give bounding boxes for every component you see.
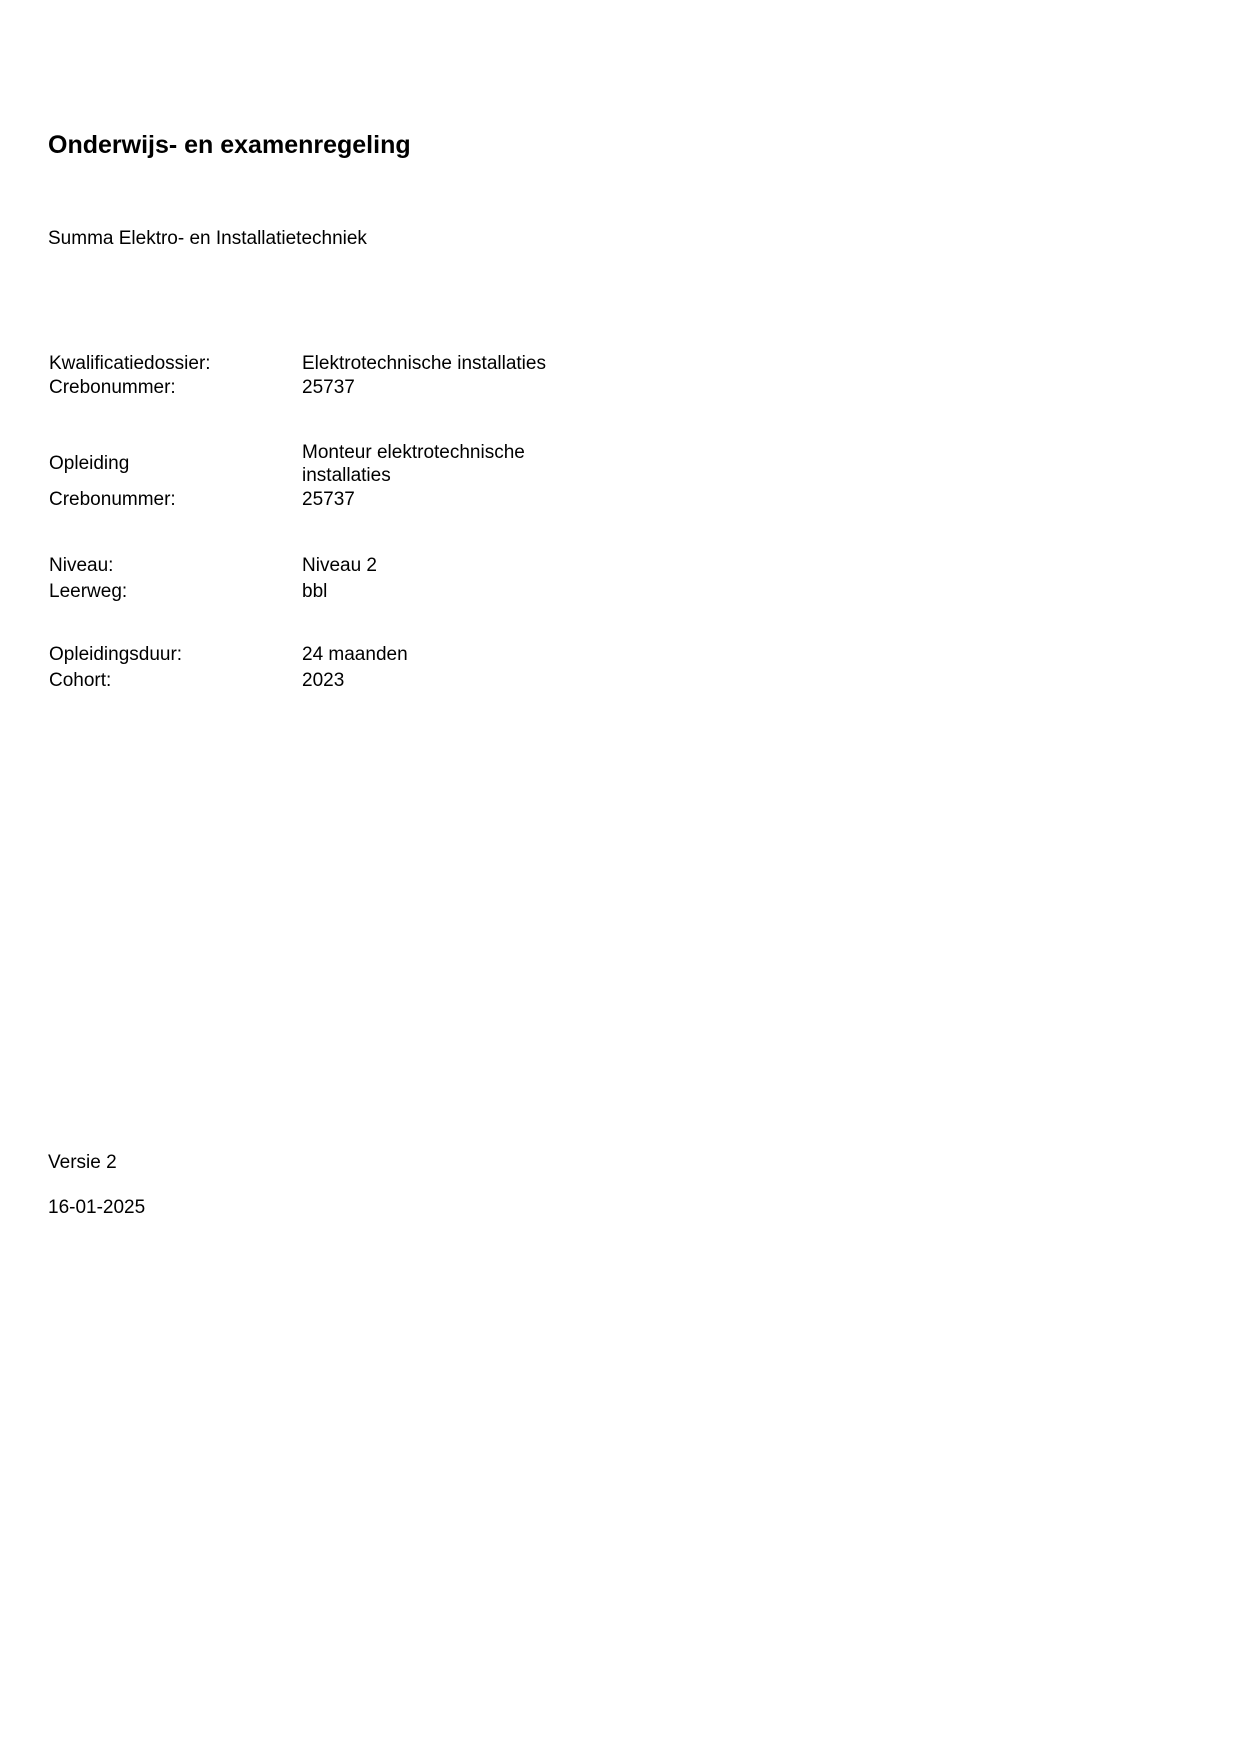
field-value: 2023	[302, 669, 582, 692]
field-label: Opleidingsduur:	[49, 643, 182, 666]
document-subtitle: Summa Elektro- en Installatietechniek	[48, 227, 367, 251]
field-value: 25737	[302, 376, 582, 399]
field-label: Crebonummer:	[49, 488, 176, 511]
field-label: Cohort:	[49, 669, 111, 692]
field-value: Monteur elektrotechnische installaties	[302, 441, 582, 487]
field-label: Leerweg:	[49, 580, 127, 603]
field-value: Niveau 2	[302, 554, 582, 577]
version-label: Versie 2	[48, 1151, 117, 1175]
field-value: Elektrotechnische installaties	[302, 352, 582, 375]
document-date: 16-01-2025	[48, 1196, 145, 1220]
document-title: Onderwijs- en examenregeling	[48, 130, 411, 160]
field-label: Crebonummer:	[49, 376, 176, 399]
field-label: Niveau:	[49, 554, 113, 577]
field-value: 25737	[302, 488, 582, 511]
field-label: Opleiding	[49, 452, 129, 475]
field-value: bbl	[302, 580, 582, 603]
field-value: 24 maanden	[302, 643, 582, 666]
field-label: Kwalificatiedossier:	[49, 352, 211, 375]
